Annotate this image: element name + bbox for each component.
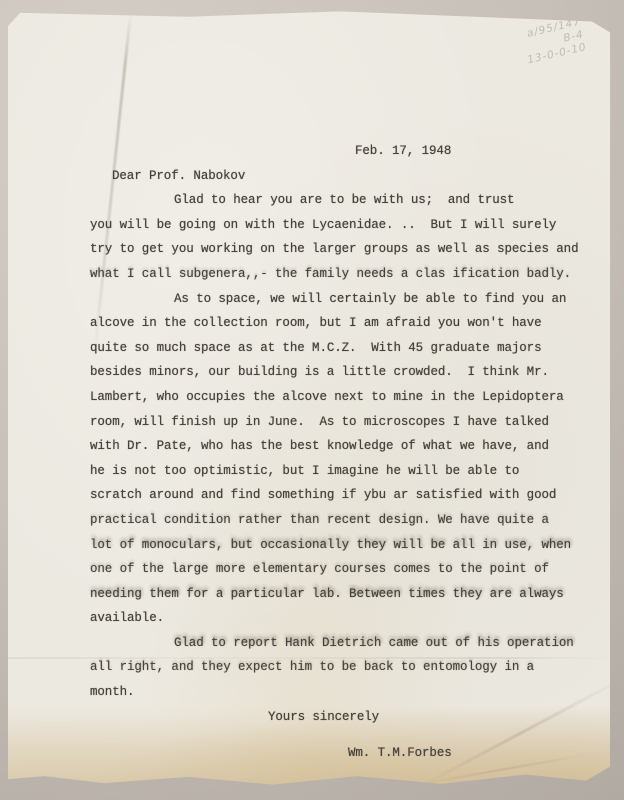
letter-line: you will be going on with the Lycaenidae… <box>90 213 596 238</box>
letter-line: lot of monoculars, but occasionally they… <box>90 533 596 558</box>
photo-backdrop: a/95/147B-413-0-0-10 Feb. 17, 1948Dear P… <box>0 0 624 800</box>
letter-line: all right, and they expect him to be bac… <box>90 655 596 680</box>
letter-line: Glad to hear you are to be with us; and … <box>90 188 596 213</box>
letter-line: room, will finish up in June. As to micr… <box>90 410 596 435</box>
letter-line: one of the large more elementary courses… <box>90 557 596 582</box>
letter-closing: Yours sincerely <box>90 705 596 730</box>
letter-date: Feb. 17, 1948 <box>90 139 596 164</box>
letter-line: try to get you working on the larger gro… <box>90 237 596 262</box>
letter-line: he is not too optimistic, but I imagine … <box>90 459 596 484</box>
letter-line: with Dr. Pate, who has the best knowledg… <box>90 434 596 459</box>
letter-line: besides minors, our building is a little… <box>90 360 596 385</box>
letter-line: Glad to report Hank Dietrich came out of… <box>90 631 596 656</box>
letter-salutation: Dear Prof. Nabokov <box>90 164 596 189</box>
letter-line: scratch around and find something if ybu… <box>90 483 596 508</box>
letter-line: available. <box>90 606 596 631</box>
letter-line: what I call subgenera,,- the family need… <box>90 262 596 287</box>
pencil-annotation: a/95/147B-413-0-0-10 <box>520 16 588 68</box>
letter-line: practical condition rather than recent d… <box>90 508 596 533</box>
letter-line: month. <box>90 680 596 705</box>
letter-body: Feb. 17, 1948Dear Prof. NabokovGlad to h… <box>90 139 596 766</box>
letter-paper: a/95/147B-413-0-0-10 Feb. 17, 1948Dear P… <box>8 9 610 787</box>
letter-line: needing them for a particular lab. Betwe… <box>90 582 596 607</box>
letter-line: alcove in the collection room, but I am … <box>90 311 596 336</box>
letter-line: quite so much space as at the M.C.Z. Wit… <box>90 336 596 361</box>
letter-line: As to space, we will certainly be able t… <box>90 287 596 312</box>
letter-signature: Wm. T.M.Forbes <box>90 741 596 766</box>
letter-line: Lambert, who occupies the alcove next to… <box>90 385 596 410</box>
